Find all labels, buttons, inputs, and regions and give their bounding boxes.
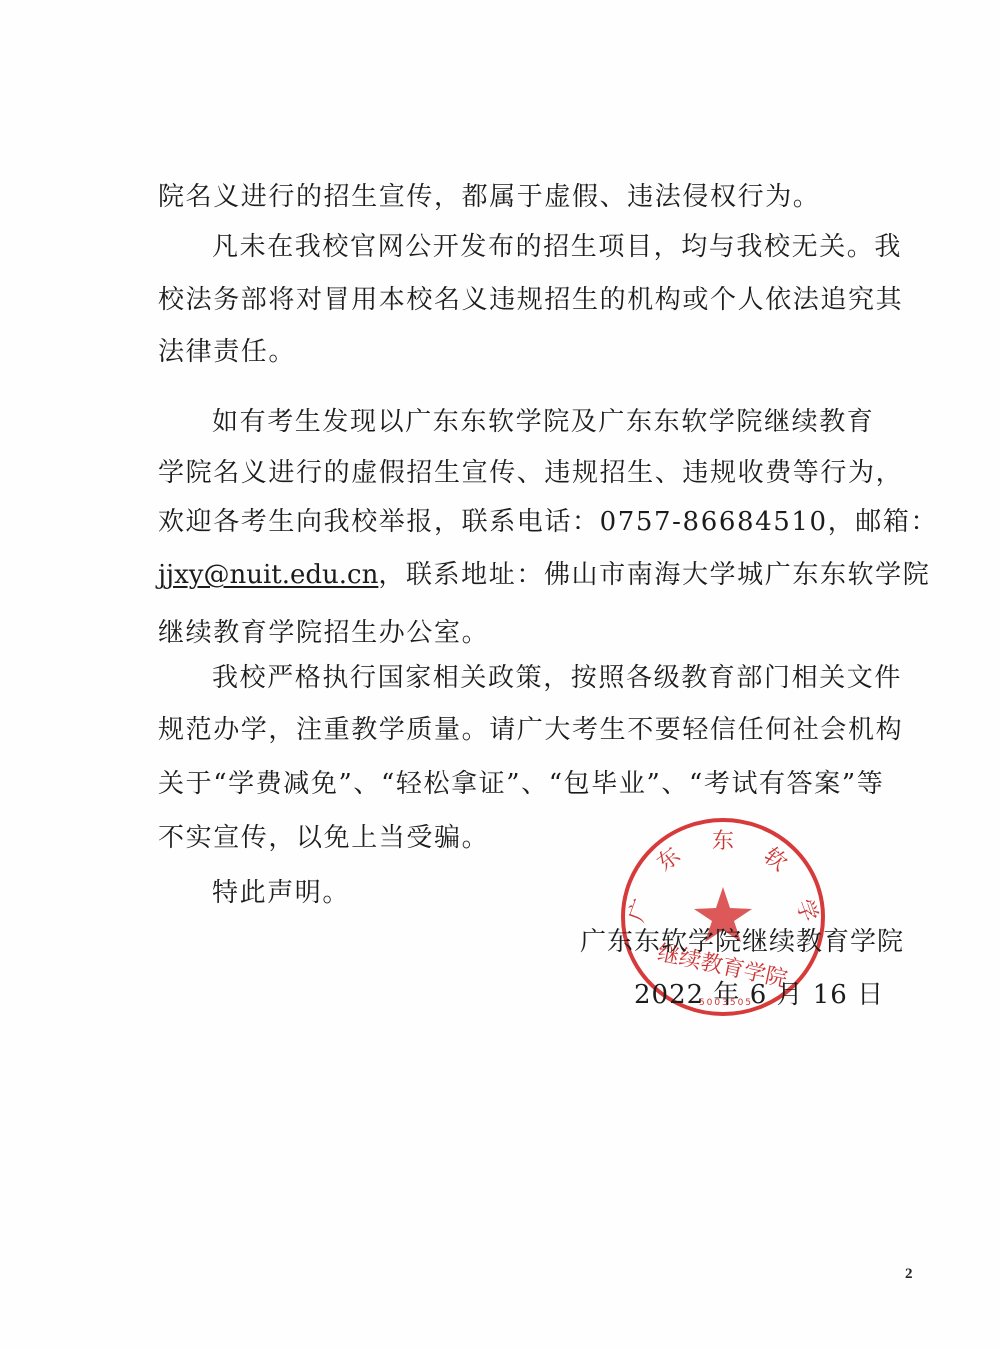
email-link[interactable]: jjxy@nuit.edu.cn [158,560,378,590]
seal-char: 软 [759,843,792,876]
paragraph-line: 欢迎各考生向我校举报，联系电话：0757-86684510，邮箱： [158,507,938,537]
paragraph-line: 不实宣传，以免上当受骗。 [158,823,489,853]
paragraph-line: 规范办学，注重教学质量。请广大考生不要轻信任何社会机构 [158,715,903,745]
document-page: 院名义进行的招生宣传，都属于虚假、违法侵权行为。 凡未在我校官网公开发布的招生项… [0,0,1000,1350]
paragraph-line: 学院名义进行的虚假招生宣传、违规招生、违规收费等行为， [158,458,903,488]
seal-char: 广 [624,896,655,925]
closing-statement: 特此声明。 [212,878,350,908]
page-number: 2 [905,1266,913,1283]
paragraph-line: 法律责任。 [158,337,296,367]
paragraph-line: 关于“学费减免”、“轻松拿证”、“包毕业”、“考试有答案”等 [158,769,884,799]
seal-char: 东 [712,829,734,854]
paragraph-line: 凡未在我校官网公开发布的招生项目，均与我校无关。我 [212,232,902,262]
contact-address-text: ，联系地址：佛山市南海大学城广东东软学院 [378,560,930,590]
paragraph-line-with-email: jjxy@nuit.edu.cn，联系地址：佛山市南海大学城广东东软学院 [158,560,930,590]
paragraph-line: 如有考生发现以广东东软学院及广东东软学院继续教育 [212,407,874,437]
paragraph-line: 我校严格执行国家相关政策，按照各级教育部门相关文件 [212,663,902,693]
paragraph-line: 继续教育学院招生办公室。 [158,618,489,648]
seal-char: 东 [653,843,686,876]
signature-organization: 广东东软学院继续教育学院 [580,927,904,957]
paragraph-line: 院名义进行的招生宣传，都属于虚假、违法侵权行为。 [158,182,820,212]
signature-date: 2022 年 6 月 16 日 [634,980,884,1010]
paragraph-line: 校法务部将对冒用本校名义违规招生的机构或个人依法追究其 [158,285,903,315]
seal-char: 学 [791,896,822,925]
